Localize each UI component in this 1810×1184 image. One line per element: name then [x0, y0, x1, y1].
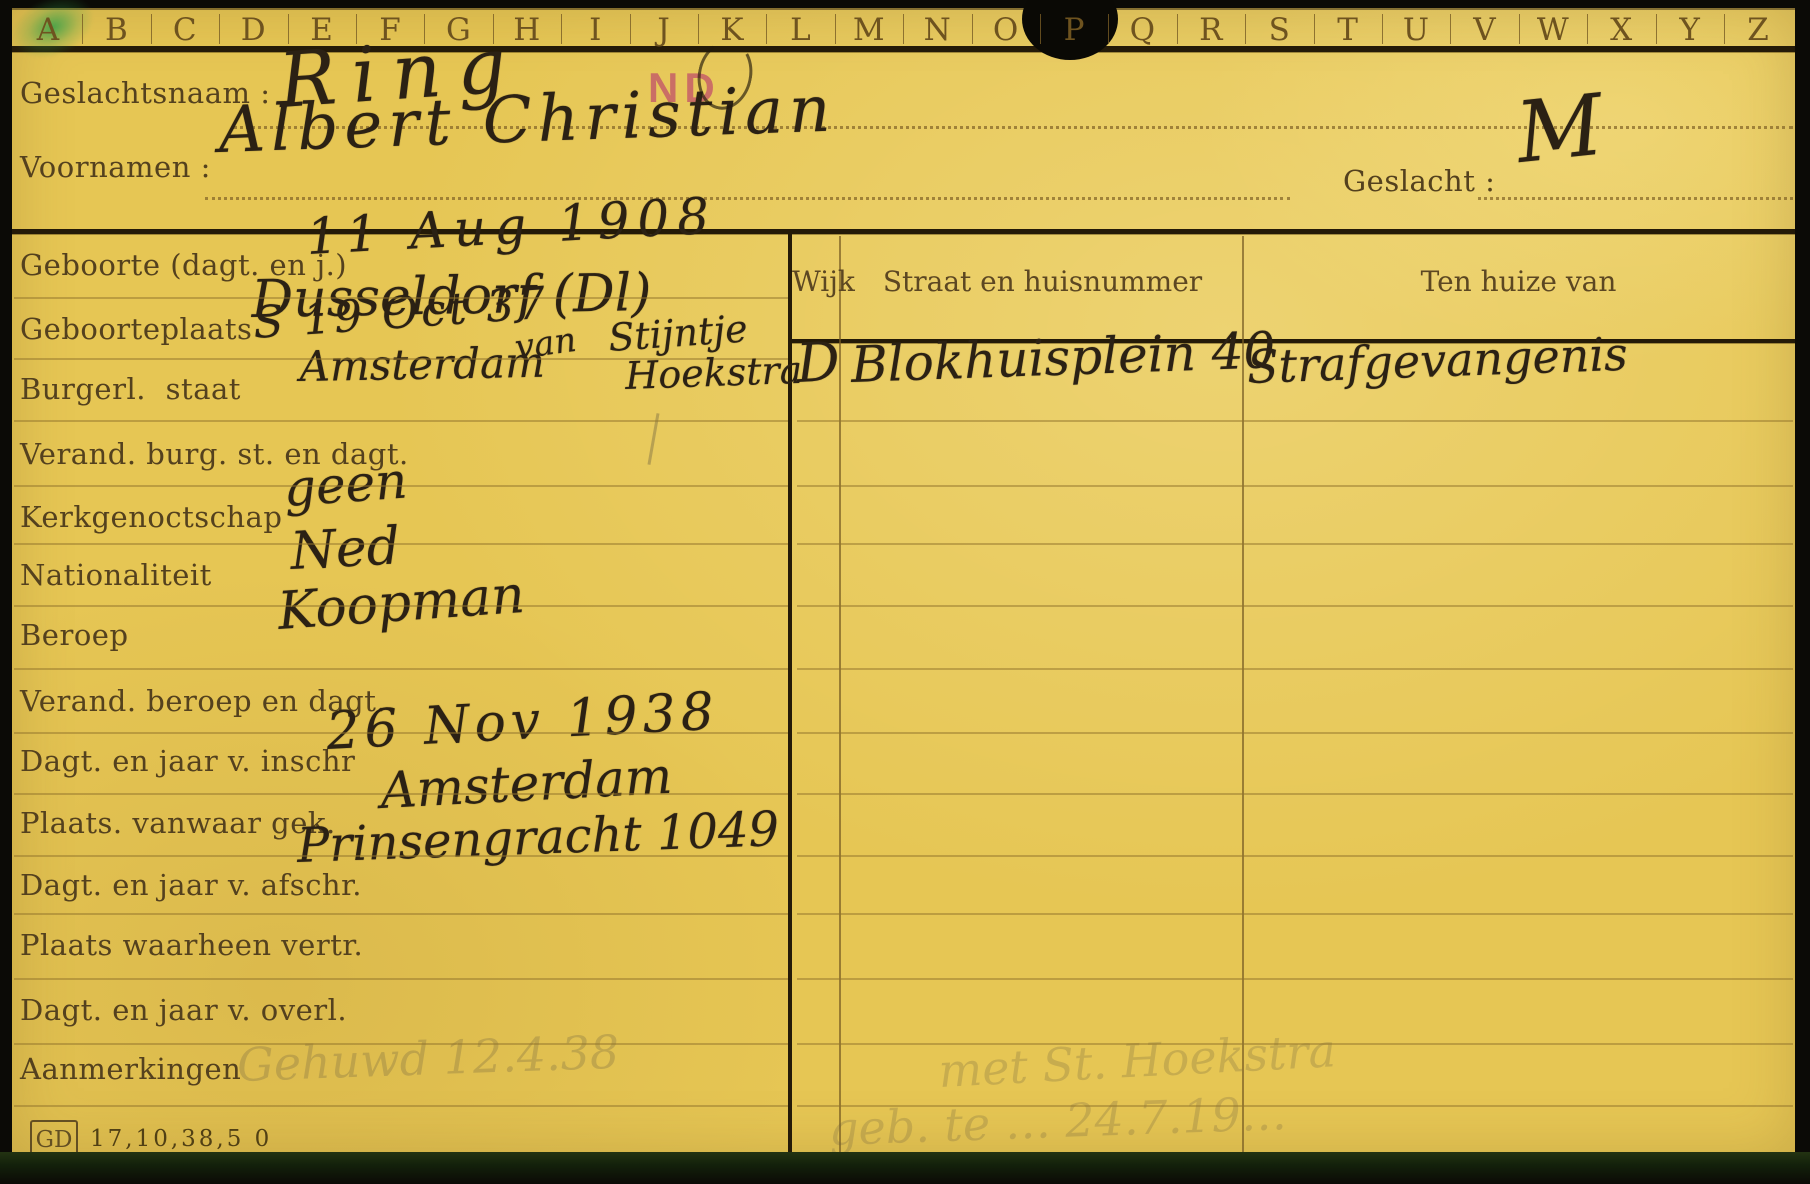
alphabet-tab-N: N [903, 12, 972, 48]
printer-code: 17,10,38,5 0 [90, 1126, 272, 1152]
voornamen-dotted-line [205, 197, 1290, 200]
alphabet-separator [1040, 14, 1041, 44]
alphabet-tab-P: P [1040, 12, 1109, 48]
value-burgstaat-partner-achternaam: Hoekstra [624, 348, 803, 398]
alphabet-separator [766, 14, 767, 44]
geslacht-label: Geslacht : [1343, 164, 1495, 198]
alphabet-separator [903, 14, 904, 44]
table-header-wijk: Wijk [792, 265, 842, 298]
alphabet-separator [1519, 14, 1520, 44]
alphabet-separator [82, 14, 83, 44]
table-rule-line [797, 420, 1793, 422]
alphabet-tab-Z: Z [1724, 12, 1793, 48]
alphabet-tab-S: S [1245, 12, 1314, 48]
alphabet-tab-K: K [698, 12, 767, 48]
alphabet-tab-L: L [766, 12, 835, 48]
alphabet-tab-U: U [1382, 12, 1451, 48]
table-rule-line [797, 668, 1793, 670]
field-rule-line [14, 793, 788, 795]
value-burgstaat-van: van [512, 320, 578, 368]
field-rule-line [14, 668, 788, 670]
alphabet-separator [835, 14, 836, 44]
alphabet-separator [424, 14, 425, 44]
field-label-overlijden: Dagt. en jaar v. overl. [20, 993, 347, 1027]
alphabet-separator [1382, 14, 1383, 44]
alphabet-tab-Y: Y [1656, 12, 1725, 48]
table-rule-line [797, 605, 1793, 607]
alphabet-separator [288, 14, 289, 44]
alphabet-separator [493, 14, 494, 44]
field-rule-line [14, 297, 788, 299]
field-label-beroep: Beroep [20, 618, 129, 652]
field-label-kerkgenootschap: Kerkgenoctschap [20, 500, 282, 534]
value-burgstaat-plaats: Amsterdam [299, 338, 545, 391]
alphabet-separator [219, 14, 220, 44]
alphabet-separator [1245, 14, 1246, 44]
geslacht-dotted-line [1478, 197, 1793, 200]
alphabet-separator [561, 14, 562, 44]
alphabet-separator [698, 14, 699, 44]
alphabet-tab-A: A [14, 12, 83, 48]
table-rule-line [797, 855, 1793, 857]
alphabet-tab-T: T [1314, 12, 1383, 48]
alphabet-tab-E: E [288, 12, 357, 48]
field-rule-line [14, 732, 788, 734]
table-rule-line [797, 543, 1793, 545]
table-rule-line [797, 485, 1793, 487]
field-rule-line [14, 913, 788, 915]
table-rule-line [797, 913, 1793, 915]
alphabet-tab-G: G [424, 12, 493, 48]
table-rule-line [797, 1043, 1793, 1045]
field-rule-line [14, 420, 788, 422]
alphabet-tab-R: R [1177, 12, 1246, 48]
scanned-registration-card: Geslachtsnaam : Ring ND Voornamen : Albe… [0, 0, 1810, 1184]
alphabet-tab-C: C [151, 12, 220, 48]
alphabet-tab-V: V [1450, 12, 1519, 48]
field-rule-line [14, 1043, 788, 1045]
field-rule-line [14, 485, 788, 487]
alphabet-separator [1450, 14, 1451, 44]
alphabet-tab-X: X [1587, 12, 1656, 48]
field-rule-line [14, 978, 788, 980]
alphabet-tab-O: O [972, 12, 1041, 48]
alphabet-separator [1724, 14, 1725, 44]
field-label-inschrijving: Dagt. en jaar v. inschr [20, 744, 355, 778]
field-label-plaats-waarheen: Plaats waarheen vertr. [20, 928, 363, 962]
value-nationaliteit: Ned [289, 516, 402, 582]
alphabet-tab-J: J [630, 12, 699, 48]
table-rule-line [797, 1105, 1793, 1107]
field-label-aanmerkingen: Aanmerkingen [20, 1052, 241, 1086]
table-header-ten-huize-van: Ten huize van [1246, 265, 1791, 298]
voornamen-label: Voornamen : [20, 150, 211, 184]
table-rule-line [797, 732, 1793, 734]
alphabet-tab-D: D [219, 12, 288, 48]
table-rule-line [797, 793, 1793, 795]
header-divider-rule [12, 229, 1795, 234]
field-label-nationaliteit: Nationaliteit [20, 558, 212, 592]
field-label-burgerlijke-staat: Burgerl. staat [20, 372, 241, 406]
alphabet-tab-H: H [493, 12, 562, 48]
alphabet-tab-M: M [835, 12, 904, 48]
field-rule-line [14, 543, 788, 545]
table-header-straat: Straat en huisnummer [845, 265, 1240, 298]
alphabet-separator [1656, 14, 1657, 44]
field-label-plaats-vanwaar: Plaats. vanwaar gek. [20, 806, 336, 840]
field-rule-line [14, 855, 788, 857]
field-rule-line [14, 605, 788, 607]
alphabet-separator [1314, 14, 1315, 44]
field-label-geboorteplaats: Geboorteplaats [20, 312, 252, 346]
alphabet-separator [151, 14, 152, 44]
field-rule-line [14, 1105, 788, 1107]
alphabet-tab-W: W [1519, 12, 1588, 48]
table-rule-line [797, 978, 1793, 980]
alphabet-separator [972, 14, 973, 44]
geslacht-handwritten-value: M [1512, 76, 1608, 182]
alphabet-separator [1587, 14, 1588, 44]
alphabet-separator [356, 14, 357, 44]
scan-bed-edge [0, 1152, 1810, 1184]
alphabet-tab-I: I [561, 12, 630, 48]
alphabet-tab-F: F [356, 12, 425, 48]
alphabet-tab-B: B [82, 12, 151, 48]
alphabet-tab-Q: Q [1108, 12, 1177, 48]
alphabet-separator [630, 14, 631, 44]
alphabet-separator [1177, 14, 1178, 44]
alphabet-separator [1108, 14, 1109, 44]
